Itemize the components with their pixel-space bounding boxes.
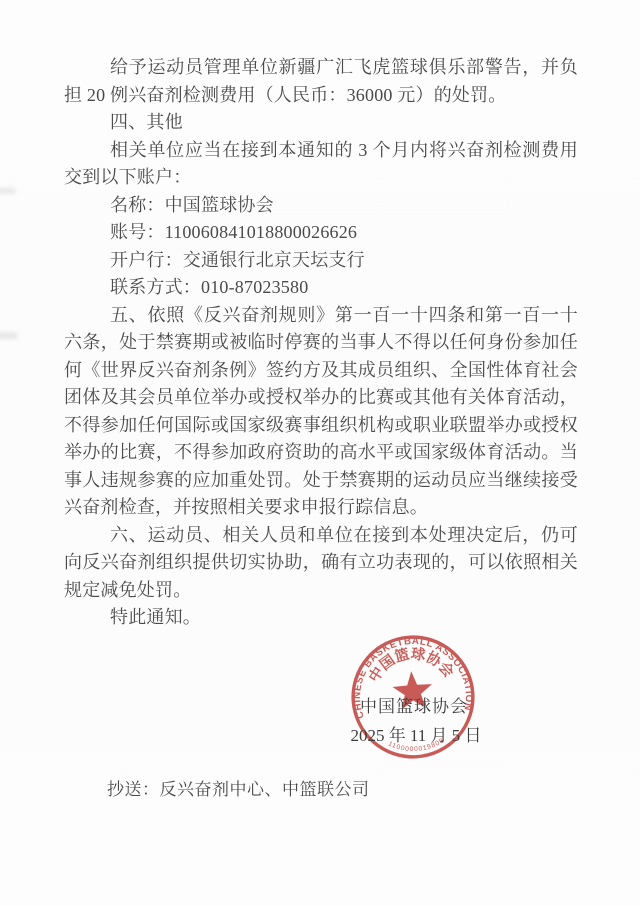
scan-artifact — [0, 332, 18, 339]
paragraph-account-number: 账号：110060841018800026626 — [64, 219, 578, 247]
paragraph-section-5: 五、依照《反兴奋剂规则》第一百一十四条和第一百一十六条，处于禁赛期或被临时停赛的… — [64, 302, 578, 522]
scan-artifact — [0, 188, 16, 194]
paragraph-section-6: 六、运动员、相关人员和单位在接到本处理决定后，仍可向反兴奋剂组织提供切实协助，确… — [64, 522, 578, 605]
body-text: 给予运动员管理单位新疆广汇飞虎篮球俱乐部警告，并负担 20 例兴奋剂检测费用（人… — [64, 54, 578, 632]
signature-date: 2025 年 11 月 5 日 — [331, 721, 501, 746]
paragraph-account-name: 名称：中国篮球协会 — [64, 192, 578, 220]
paragraph-contact-phone: 联系方式：010-87023580 — [64, 274, 578, 302]
paragraph-penalty: 给予运动员管理单位新疆广汇飞虎篮球俱乐部警告，并负担 20 例兴奋剂检测费用（人… — [64, 54, 578, 109]
paragraph-payment-instruction: 相关单位应当在接到本通知的 3 个月内将兴奋剂检测费用交到以下账户： — [64, 137, 578, 192]
cc-line: 抄送：反兴奋剂中心、中篮联公司 — [107, 775, 370, 800]
paragraph-bank-branch: 开户行：交通银行北京天坛支行 — [64, 247, 578, 275]
signature-org: 中国篮球协会 — [341, 692, 487, 717]
paragraph-closing-notice: 特此通知。 — [64, 604, 578, 632]
document-page: 给予运动员管理单位新疆广汇飞虎篮球俱乐部警告，并负担 20 例兴奋剂检测费用（人… — [0, 0, 640, 906]
paragraph-section-4-heading: 四、其他 — [64, 109, 578, 137]
